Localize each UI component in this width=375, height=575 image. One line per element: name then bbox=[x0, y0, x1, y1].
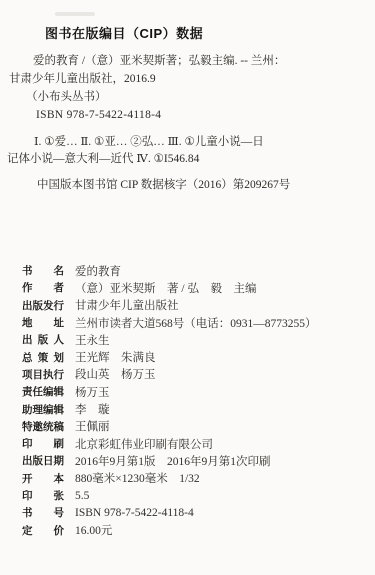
table-row: 印张 5.5 bbox=[22, 487, 362, 504]
classification-line: Ⅰ. ①爱… Ⅱ. ①亚… ②弘… Ⅲ. ①儿童小说—日 bbox=[7, 134, 362, 151]
row-label: 定价 bbox=[22, 523, 64, 538]
row-value: 5.5 bbox=[75, 490, 89, 502]
row-label: 印刷 bbox=[22, 436, 64, 451]
cip-title: 图书在版编目（CIP）数据 bbox=[45, 23, 203, 42]
row-value: ISBN 978-7-5422-4118-4 bbox=[75, 507, 194, 519]
table-row: 项目执行 段山英 杨万玉 bbox=[22, 366, 362, 383]
row-label: 出版人 bbox=[22, 332, 64, 347]
row-value: （意）亚米契斯 著 / 弘 毅 主编 bbox=[75, 280, 256, 296]
row-value: 兰州市读者大道568号（电话：0931—8773255） bbox=[75, 315, 317, 331]
table-row: 作者 （意）亚米契斯 著 / 弘 毅 主编 bbox=[22, 279, 362, 296]
row-label: 责任编辑 bbox=[22, 384, 64, 399]
cip-classification: Ⅰ. ①爱… Ⅱ. ①亚… ②弘… Ⅲ. ①儿童小说—日 记体小说—意大利—近代… bbox=[7, 134, 362, 168]
table-row: 地址 兰州市读者大道568号（电话：0931—8773255） bbox=[22, 314, 362, 331]
row-label: 特邀统稿 bbox=[22, 419, 64, 434]
row-value: 880毫米×1230毫米 1/32 bbox=[75, 470, 200, 486]
isbn-line: ISBN 978-7-5422-4118-4 bbox=[9, 106, 359, 124]
table-row: 助理编辑 李 璇 bbox=[22, 400, 362, 417]
table-row: 责任编辑 杨万玉 bbox=[22, 383, 362, 400]
row-value: 段山英 杨万玉 bbox=[75, 366, 156, 382]
row-value: 2016年9月第1版 2016年9月第1次印刷 bbox=[75, 453, 271, 469]
row-label: 书号 bbox=[22, 505, 64, 520]
cip-description: 爱的教育 /（意）亚米契斯著；弘毅主编. -- 兰州： 甘肃少年儿童出版社，20… bbox=[9, 52, 359, 124]
row-label: 书名 bbox=[22, 263, 64, 278]
cip-description-line: 爱的教育 /（意）亚米契斯著；弘毅主编. -- 兰州： bbox=[9, 52, 359, 70]
row-label: 助理编辑 bbox=[22, 402, 64, 417]
copyright-page: 图书在版编目（CIP）数据 爱的教育 /（意）亚米契斯著；弘毅主编. -- 兰州… bbox=[0, 0, 375, 575]
row-value: 李 璇 bbox=[75, 401, 110, 417]
classification-line: 记体小说—意大利—近代 Ⅳ. ①I546.84 bbox=[7, 151, 362, 168]
table-row: 书号 ISBN 978-7-5422-4118-4 bbox=[22, 504, 362, 521]
table-row: 出版发行 甘肃少年儿童出版社 bbox=[22, 297, 362, 314]
row-label: 地址 bbox=[22, 315, 64, 330]
row-label: 出版发行 bbox=[22, 298, 64, 313]
table-row: 书名 爱的教育 bbox=[22, 262, 362, 279]
cip-description-line: 甘肃少年儿童出版社，2016.9 bbox=[9, 70, 359, 88]
table-row: 出版人 王永生 bbox=[22, 331, 362, 348]
row-label: 印张 bbox=[22, 488, 64, 503]
row-value: 王光辉 朱满良 bbox=[75, 349, 156, 365]
row-label: 总策划 bbox=[22, 350, 64, 365]
row-label: 作者 bbox=[22, 280, 64, 295]
table-row: 定价 16.00元 bbox=[22, 521, 362, 538]
row-value: 北京彩虹伟业印刷有限公司 bbox=[75, 436, 213, 452]
table-row: 印刷 北京彩虹伟业印刷有限公司 bbox=[22, 435, 362, 452]
row-value: 16.00元 bbox=[75, 522, 112, 538]
cip-record-number: 中国版本图书馆 CIP 数据核字（2016）第209267号 bbox=[37, 176, 290, 192]
row-label: 出版日期 bbox=[22, 453, 64, 468]
row-value: 杨万玉 bbox=[75, 384, 110, 400]
row-value: 王永生 bbox=[75, 332, 110, 348]
table-row: 特邀统稿 王佩丽 bbox=[22, 418, 362, 435]
row-value: 王佩丽 bbox=[75, 418, 110, 434]
row-value: 爱的教育 bbox=[75, 263, 121, 279]
table-row: 开本 880毫米×1230毫米 1/32 bbox=[22, 470, 362, 487]
series-name: （小布头丛书） bbox=[9, 88, 359, 106]
row-label: 项目执行 bbox=[22, 367, 64, 382]
table-row: 总策划 王光辉 朱满良 bbox=[22, 348, 362, 365]
row-value: 甘肃少年儿童出版社 bbox=[75, 297, 179, 313]
row-label: 开本 bbox=[22, 471, 64, 486]
table-row: 出版日期 2016年9月第1版 2016年9月第1次印刷 bbox=[22, 452, 362, 469]
book-info-table: 书名 爱的教育 作者 （意）亚米契斯 著 / 弘 毅 主编 出版发行 甘肃少年儿… bbox=[22, 262, 362, 539]
